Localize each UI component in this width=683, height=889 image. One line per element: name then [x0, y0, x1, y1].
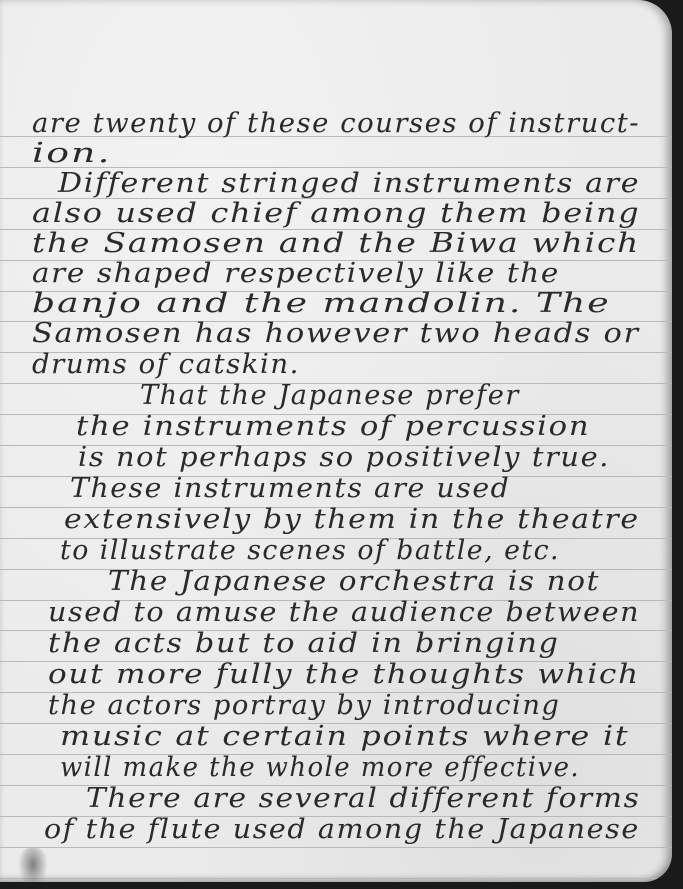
ruled-line	[0, 847, 672, 848]
text-line: also used chief among them being	[32, 198, 640, 229]
text-line: the instruments of percussion	[76, 411, 590, 442]
text-line: extensively by them in the theatre	[64, 504, 640, 535]
ruled-line	[0, 878, 672, 879]
text-line: to illustrate scenes of battle, etc.	[60, 535, 560, 566]
text-line: are shaped respectively like the	[32, 258, 560, 289]
text-line: There are several different forms	[86, 783, 640, 814]
text-line: drums of catskin.	[32, 349, 300, 380]
text-line: Samosen has however two heads or	[32, 318, 640, 349]
text-line: is not perhaps so positively true.	[78, 442, 610, 473]
ink-stain	[18, 848, 48, 882]
text-line: The Japanese orchestra is not	[108, 566, 600, 597]
text-line: Different stringed instruments are	[58, 168, 640, 199]
text-line: will make the whole more effective.	[60, 752, 580, 783]
text-line: banjo and the mandolin. The	[32, 288, 611, 319]
notebook-page: are twenty of these courses of instruct-…	[0, 0, 672, 882]
text-line: That the Japanese prefer	[140, 380, 520, 411]
text-line: These instruments are used	[70, 473, 510, 504]
text-line: the actors portray by introducing	[48, 690, 560, 721]
text-line: out more fully the thoughts which	[48, 659, 640, 690]
text-line: the Samosen and the Biwa which	[32, 228, 640, 259]
text-line: music at certain points where it	[60, 721, 629, 752]
text-line: ion.	[32, 138, 112, 169]
text-line: used to amuse the audience between	[48, 597, 640, 628]
text-line: of the flute used among the Japanese	[44, 814, 640, 845]
text-line: are twenty of these courses of instruct-	[32, 108, 640, 139]
text-line: the acts but to aid in bringing	[48, 628, 560, 659]
